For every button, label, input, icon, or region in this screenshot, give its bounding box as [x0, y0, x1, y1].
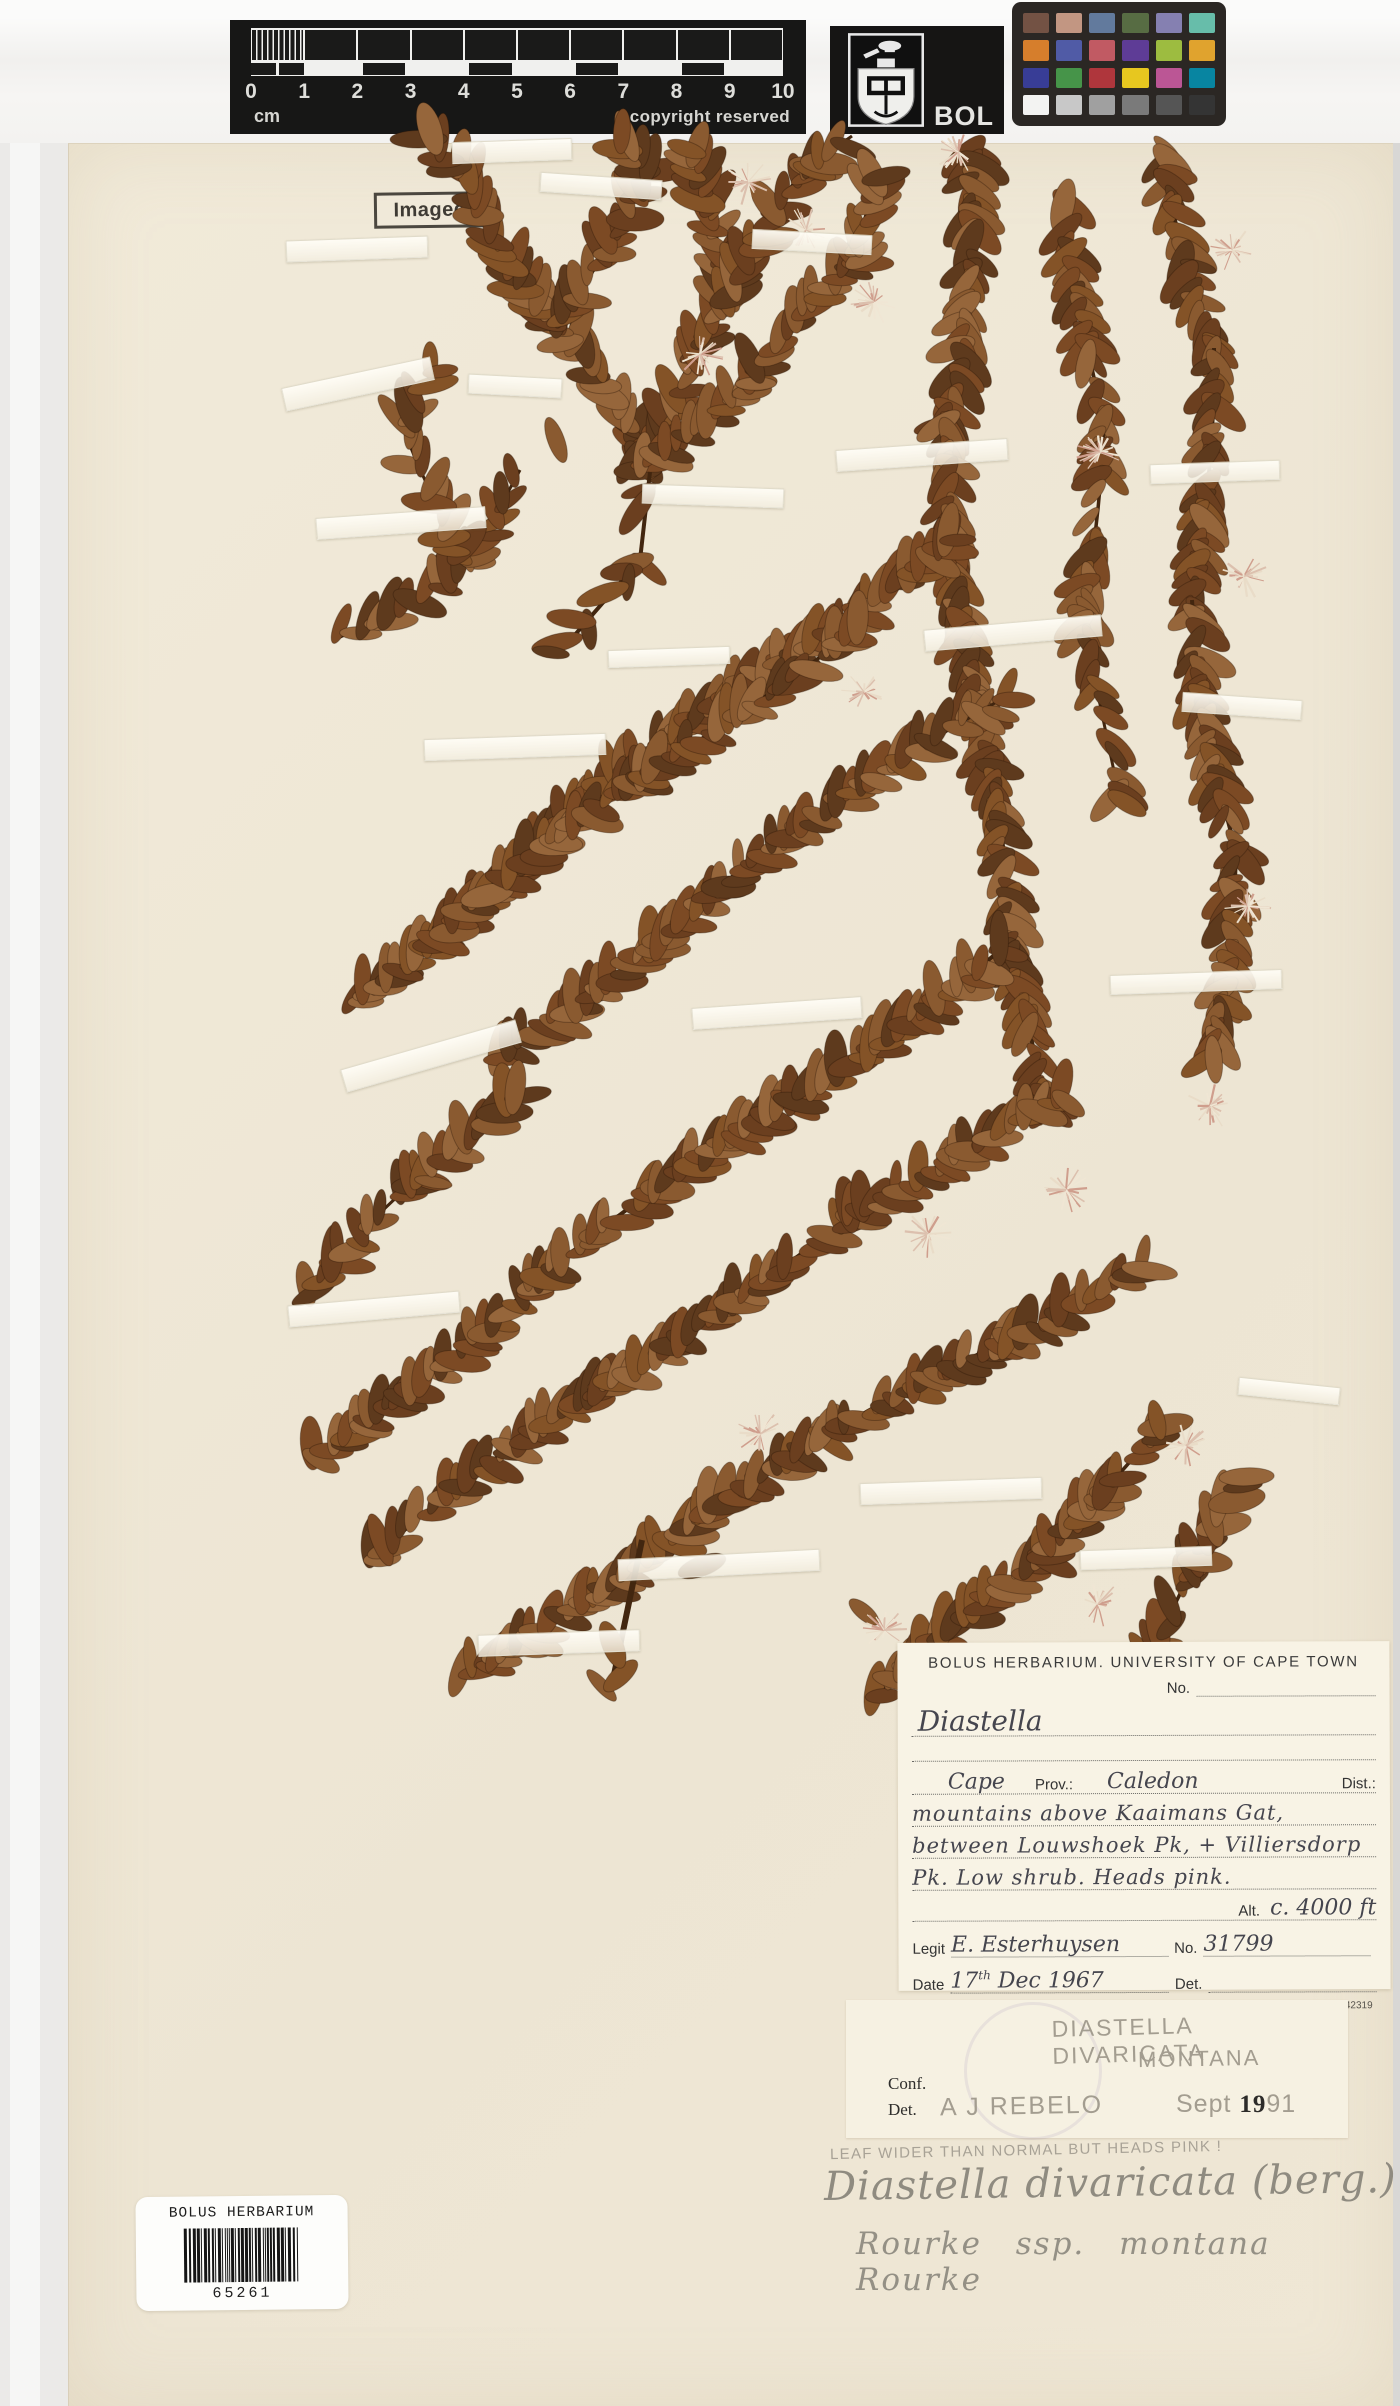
label-collector-row: Legit E. Esterhuysen No. 31799	[912, 1920, 1376, 1958]
barcode-bar	[241, 2228, 245, 2282]
label-date-row: Date 17th Dec 1967 Det.	[912, 1956, 1376, 1994]
specimen-label: BOLUS HERBARIUM. UNIVERSITY OF CAPE TOWN…	[897, 1641, 1390, 1991]
barcode-bar	[245, 2228, 249, 2282]
district-handwriting: Caledon	[1107, 1771, 1199, 1793]
barcode-bar	[297, 2227, 299, 2281]
prov-label: Prov.:	[1035, 1776, 1073, 1793]
barcode-bar	[231, 2228, 235, 2282]
locality-handwriting: between Louwshoek Pk, + Villiersdorp	[912, 1833, 1361, 1858]
barcode-label: BOLUS HERBARIUM 65261	[135, 2195, 348, 2311]
species-name-pencil-line2: Rourke ssp. montana Rourke	[856, 2226, 1400, 2298]
label-locality-line1: mountains above Kaaimans Gat,	[912, 1793, 1376, 1827]
barcode-bar	[201, 2228, 203, 2282]
date-label: Date	[913, 1977, 945, 1994]
barcode-bar	[197, 2228, 201, 2282]
conf-label: Conf.	[888, 2074, 926, 2094]
annotation-subspecies-pencil: MONTANA	[1138, 2045, 1261, 2073]
collno-label: No.	[1174, 1940, 1197, 1957]
determination-slip: DIASTELLA DIVARICATA MONTANA Conf. Det. …	[846, 2000, 1348, 2138]
resin-stain	[860, 1598, 890, 1620]
barcode-bar	[218, 2228, 222, 2282]
species-name-pencil-line1: Diastella divaricata (berg.)	[824, 2156, 1397, 2210]
barcode-institution: BOLUS HERBARIUM	[136, 2204, 348, 2222]
barcode-number: 65261	[136, 2284, 348, 2303]
barcode	[136, 2227, 349, 2283]
barcode-bar	[273, 2228, 276, 2282]
barcode-bar	[252, 2228, 254, 2282]
label-locality-line3: Pk. Low shrub. Heads pink.	[912, 1857, 1376, 1891]
alt-handwriting: c. 4000 ft	[1270, 1897, 1376, 1919]
collector-number-handwriting: 31799	[1203, 1932, 1273, 1957]
determination-date: Sept 1991	[1176, 2090, 1296, 2119]
legit-label: Legit	[912, 1941, 945, 1958]
determiner-handwriting: A J REBELO	[940, 2091, 1104, 2123]
barcode-bar	[288, 2227, 292, 2281]
date-handwriting: 17th Dec 1967	[950, 1968, 1104, 1994]
dist-label: Dist.:	[1342, 1775, 1376, 1792]
barcode-bar	[235, 2228, 237, 2282]
barcode-bar	[189, 2229, 192, 2283]
barcode-bar	[222, 2228, 224, 2282]
barcode-bar	[285, 2228, 287, 2282]
province-handwriting: Cape	[948, 1771, 1005, 1793]
barcode-bar	[208, 2228, 211, 2282]
tape-strip	[452, 138, 573, 164]
dotted-line	[912, 1735, 1376, 1762]
collector-handwriting: E. Esterhuysen	[951, 1932, 1120, 1958]
label-altitude-row: Alt. c. 4000 ft	[912, 1889, 1376, 1922]
det-label: Det.	[1175, 1976, 1203, 1993]
locality-handwriting: mountains above Kaaimans Gat,	[912, 1801, 1284, 1825]
alt-label: Alt.	[1238, 1903, 1260, 1920]
locality-handwriting: Pk. Low shrub. Heads pink.	[912, 1866, 1231, 1890]
barcode-bar	[293, 2227, 296, 2281]
barcode-bar	[193, 2228, 197, 2282]
label-province-row: Cape Prov.: Caledon Dist.:	[912, 1760, 1376, 1795]
barcode-bar	[258, 2228, 262, 2282]
label-genus-row: Diastella	[912, 1696, 1376, 1737]
label-locality-line2: between Louwshoek Pk, + Villiersdorp	[912, 1825, 1376, 1859]
plant-branches	[289, 99, 1275, 1717]
barcode-bar	[215, 2228, 217, 2282]
barcode-bar	[184, 2229, 188, 2283]
no-label: No.	[1167, 1680, 1190, 1697]
det-label: Det.	[888, 2100, 917, 2120]
barcode-bar	[277, 2228, 281, 2282]
genus-handwriting: Diastella	[918, 1707, 1043, 1735]
label-header: BOLUS HERBARIUM. UNIVERSITY OF CAPE TOWN	[911, 1653, 1375, 1672]
label-no-row: No.	[1167, 1678, 1376, 1697]
barcode-bar	[281, 2228, 285, 2282]
barcode-bar	[204, 2228, 208, 2282]
